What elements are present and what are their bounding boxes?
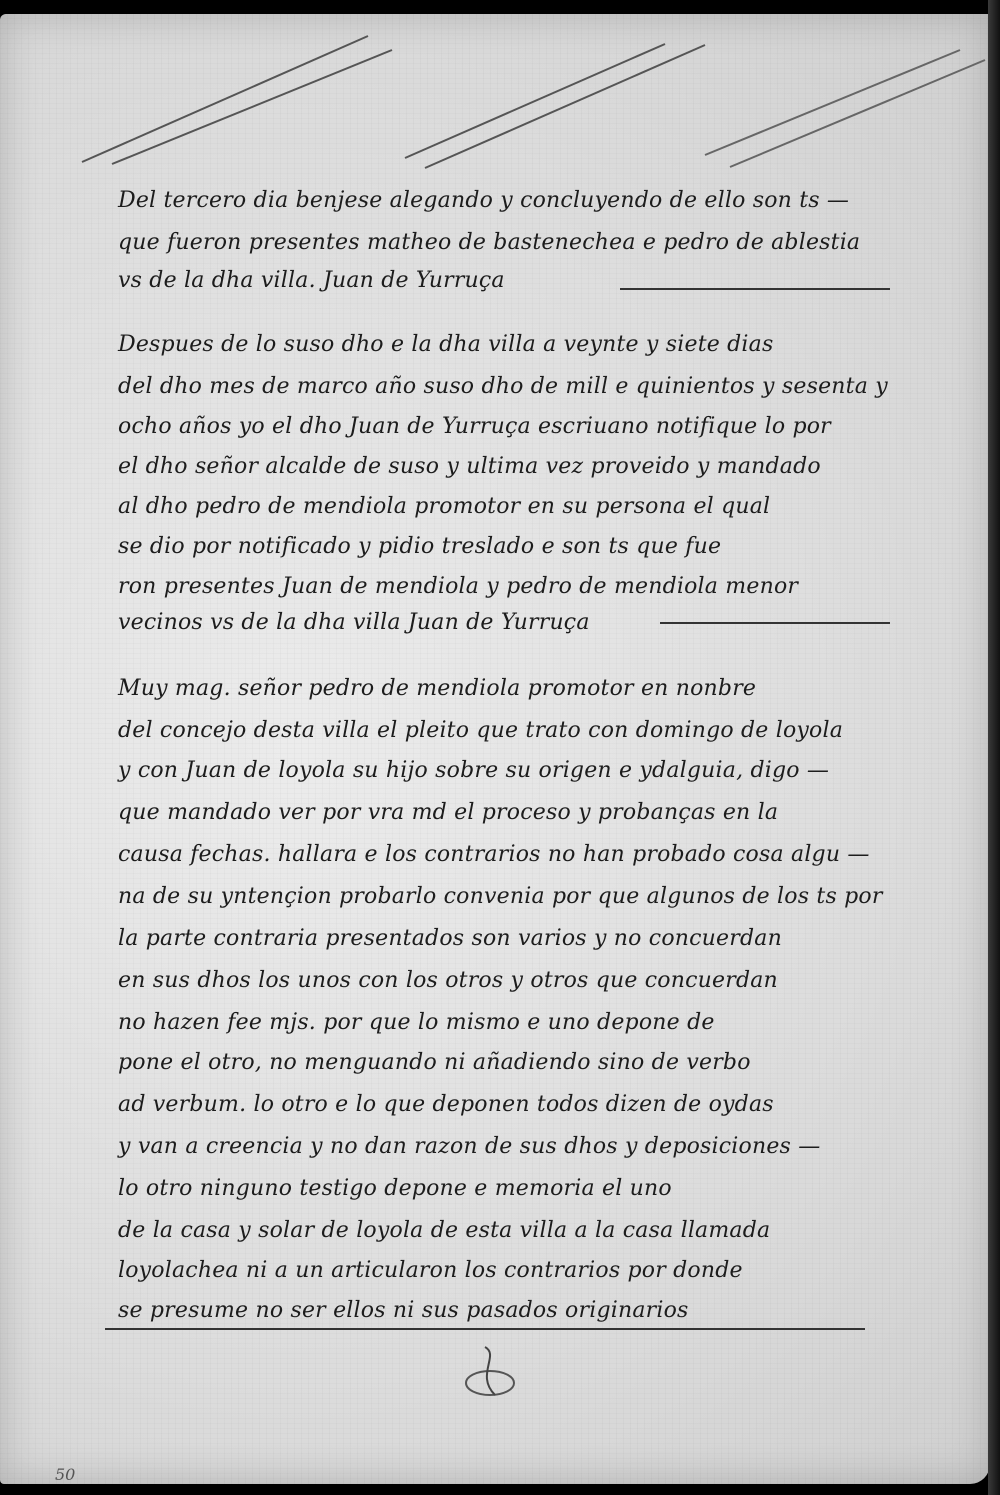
text-line: que mandado ver por vra md el proceso y … (118, 800, 778, 825)
text-line: el dho señor alcalde de suso y ultima ve… (118, 454, 821, 479)
signature-rule (620, 288, 890, 290)
text-line: vs de la dha villa. Juan de Yurruça (118, 268, 505, 293)
text-line: causa fechas. hallara e los contrarios n… (118, 842, 870, 867)
text-line: la parte contraria presentados son vario… (118, 926, 782, 951)
text-line: se dio por notificado y pidio treslado e… (118, 534, 721, 559)
text-line: del concejo desta villa el pleito que tr… (118, 718, 843, 743)
text-line: ocho años yo el dho Juan de Yurruça escr… (118, 414, 831, 439)
text-line: y con Juan de loyola su hijo sobre su or… (118, 758, 829, 783)
rubric-flourish-icon (455, 1345, 525, 1405)
text-line: del dho mes de marco año suso dho de mil… (118, 374, 888, 399)
text-line: al dho pedro de mendiola promotor en su … (118, 494, 770, 519)
text-line: que fueron presentes matheo de bastenech… (118, 230, 860, 255)
text-line: loyolachea ni a un articularon los contr… (118, 1258, 743, 1283)
text-line: ron presentes Juan de mendiola y pedro d… (118, 574, 798, 599)
text-line: lo otro ninguno testigo depone e memoria… (118, 1176, 672, 1201)
page-binding-edge (988, 0, 1000, 1495)
text-line: pone el otro, no menguando ni añadiendo … (118, 1050, 751, 1075)
text-line: na de su yntençion probarlo convenia por… (118, 884, 883, 909)
header-diagonal-strokes (0, 0, 1000, 180)
closing-rule (105, 1328, 865, 1330)
text-line: Muy mag. señor pedro de mendiola promoto… (118, 676, 756, 701)
text-line: y van a creencia y no dan razon de sus d… (118, 1134, 820, 1159)
text-line: ad verbum. lo otro e lo que deponen todo… (118, 1092, 774, 1117)
text-line: se presume no ser ellos ni sus pasados o… (118, 1298, 689, 1323)
text-line: de la casa y solar de loyola de esta vil… (118, 1218, 770, 1243)
text-line: en sus dhos los unos con los otros y otr… (118, 968, 778, 993)
text-line: no hazen fee mjs. por que lo mismo e uno… (118, 1010, 715, 1035)
signature-rule (660, 622, 890, 624)
text-line: Despues de lo suso dho e la dha villa a … (118, 332, 773, 357)
folio-number: 50 (55, 1465, 75, 1484)
text-line: vecinos vs de la dha villa Juan de Yurru… (118, 610, 590, 635)
text-line: Del tercero dia benjese alegando y concl… (118, 188, 849, 213)
